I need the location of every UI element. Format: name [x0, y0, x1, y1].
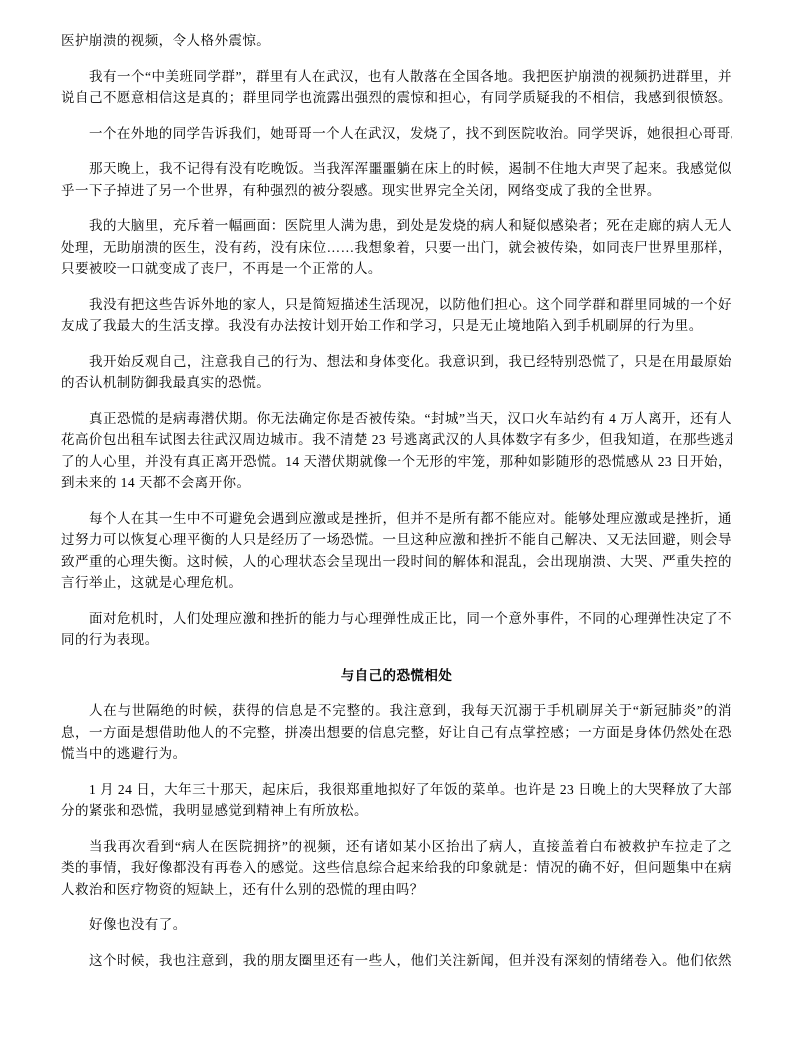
text-line: 乎一下子掉进了另一个世界，有种强烈的被分裂感。现实世界完全关闭，网络变成了我的全… [61, 180, 732, 202]
text-line: 面对危机时，人们处理应激和挫折的能力与心理弹性成正比，同一个意外事件，不同的心理… [61, 608, 732, 630]
text-line: 致严重的心理失衡。这时候，人的心理状态会呈现出一段时间的解体和混乱，会出现崩溃、… [61, 551, 732, 573]
text-line: 1 月 24 日，大年三十那天，起床后，我很郑重地拟好了年饭的菜单。也许是 23… [61, 779, 732, 801]
document-page: 医护崩溃的视频，令人格外震惊。 我有一个“中美班同学群”，群里有人在武汉，也有人… [61, 30, 732, 985]
paragraph: 一个在外地的同学告诉我们，她哥哥一个人在武汉，发烧了，找不到医院收治。同学哭诉，… [61, 123, 732, 145]
paragraph: 每个人在其一生中不可避免会遇到应激或是挫折，但并不是所有都不能应对。能够处理应激… [61, 508, 732, 594]
text-line: 分的紧张和恐慌，我明显感觉到精神上有所放松。 [61, 800, 732, 822]
text-line: 了的人心里，并没有真正离开恐慌。14 天潜伏期就像一个无形的牢笼，那种如影随形的… [61, 451, 732, 473]
text-line: 真正恐慌的是病毒潜伏期。你无法确定你是否被传染。“封城”当天，汉口火车站约有 4… [61, 408, 732, 430]
text-line: 我没有把这些告诉外地的家人，只是简短描述生活现况，以防他们担心。这个同学群和群里… [61, 294, 732, 316]
section-heading: 与自己的恐慌相处 [61, 665, 732, 687]
text-line: 息，一方面是想借助他人的不完整，拼凑出想要的信息完整，好让自己有点掌控感；一方面… [61, 722, 732, 744]
paragraph: 那天晚上，我不记得有没有吃晚饭。当我浑浑噩噩躺在床上的时候，遏制不住地大声哭了起… [61, 158, 732, 201]
text-line: 人救治和医疗物资的短缺上，还有什么别的恐慌的理由吗？ [61, 879, 732, 901]
text-line: 一个在外地的同学告诉我们，她哥哥一个人在武汉，发烧了，找不到医院收治。同学哭诉，… [61, 123, 732, 145]
text-line: 我开始反观自己，注意我自己的行为、想法和身体变化。我意识到，我已经特别恐慌了，只… [61, 351, 732, 373]
text-line: 医护崩溃的视频，令人格外震惊。 [61, 30, 732, 52]
text-line: 我的大脑里，充斥着一幅画面：医院里人满为患，到处是发烧的病人和疑似感染者；死在走… [61, 215, 732, 237]
text-line: 的否认机制防御我最真实的恐慌。 [61, 372, 732, 394]
text-line: 过努力可以恢复心理平衡的人只是经历了一场恐慌。一旦这种应激和挫折不能自己解决、又… [61, 529, 732, 551]
paragraph: 面对危机时，人们处理应激和挫折的能力与心理弹性成正比，同一个意外事件，不同的心理… [61, 608, 732, 651]
text-line: 慌当中的逃避行为。 [61, 743, 732, 765]
text-line: 我有一个“中美班同学群”，群里有人在武汉，也有人散落在全国各地。我把医护崩溃的视… [61, 66, 732, 88]
text-line: 处理，无助崩溃的医生，没有药，没有床位……我想象着，只要一出门，就会被传染，如同… [61, 237, 732, 259]
text-line: 当我再次看到“病人在医院拥挤”的视频，还有诸如某小区抬出了病人，直接盖着白布被救… [61, 836, 732, 858]
text-line: 类的事情，我好像都没有再卷入的感觉。这些信息综合起来给我的印象就是：情况的确不好… [61, 857, 732, 879]
text-line: 这个时候，我也注意到，我的朋友圈里还有一些人，他们关注新闻，但并没有深刻的情绪卷… [61, 950, 732, 972]
text-line: 好像也没有了。 [61, 914, 732, 936]
paragraph: 真正恐慌的是病毒潜伏期。你无法确定你是否被传染。“封城”当天，汉口火车站约有 4… [61, 408, 732, 494]
text-line: 到未来的 14 天都不会离开你。 [61, 472, 732, 494]
paragraph: 我的大脑里，充斥着一幅画面：医院里人满为患，到处是发烧的病人和疑似感染者；死在走… [61, 215, 732, 280]
text-line: 同的行为表现。 [61, 629, 732, 651]
paragraph: 人在与世隔绝的时候，获得的信息是不完整的。我注意到，我每天沉溺于手机刷屏关于“新… [61, 700, 732, 765]
text-line: 只要被咬一口就变成了丧尸，不再是一个正常的人。 [61, 258, 732, 280]
paragraph: 医护崩溃的视频，令人格外震惊。 [61, 30, 732, 52]
text-line: 说自己不愿意相信这是真的；群里同学也流露出强烈的震惊和担心，有同学质疑我的不相信… [61, 87, 732, 109]
text-line: 友成了我最大的生活支撑。我没有办法按计划开始工作和学习，只是无止境地陷入到手机刷… [61, 315, 732, 337]
text-line: 每个人在其一生中不可避免会遇到应激或是挫折，但并不是所有都不能应对。能够处理应激… [61, 508, 732, 530]
paragraph: 1 月 24 日，大年三十那天，起床后，我很郑重地拟好了年饭的菜单。也许是 23… [61, 779, 732, 822]
paragraph: 我没有把这些告诉外地的家人，只是简短描述生活现况，以防他们担心。这个同学群和群里… [61, 294, 732, 337]
paragraph: 好像也没有了。 [61, 914, 732, 936]
text-line: 言行举止，这就是心理危机。 [61, 572, 732, 594]
paragraph: 这个时候，我也注意到，我的朋友圈里还有一些人，他们关注新闻，但并没有深刻的情绪卷… [61, 950, 732, 972]
text-line: 人在与世隔绝的时候，获得的信息是不完整的。我注意到，我每天沉溺于手机刷屏关于“新… [61, 700, 732, 722]
text-line: 那天晚上，我不记得有没有吃晚饭。当我浑浑噩噩躺在床上的时候，遏制不住地大声哭了起… [61, 158, 732, 180]
text-line: 花高价包出租车试图去往武汉周边城市。我不清楚 23 号逃离武汉的人具体数字有多少… [61, 429, 732, 451]
paragraph: 我有一个“中美班同学群”，群里有人在武汉，也有人散落在全国各地。我把医护崩溃的视… [61, 66, 732, 109]
paragraph: 当我再次看到“病人在医院拥挤”的视频，还有诸如某小区抬出了病人，直接盖着白布被救… [61, 836, 732, 901]
paragraph: 我开始反观自己，注意我自己的行为、想法和身体变化。我意识到，我已经特别恐慌了，只… [61, 351, 732, 394]
